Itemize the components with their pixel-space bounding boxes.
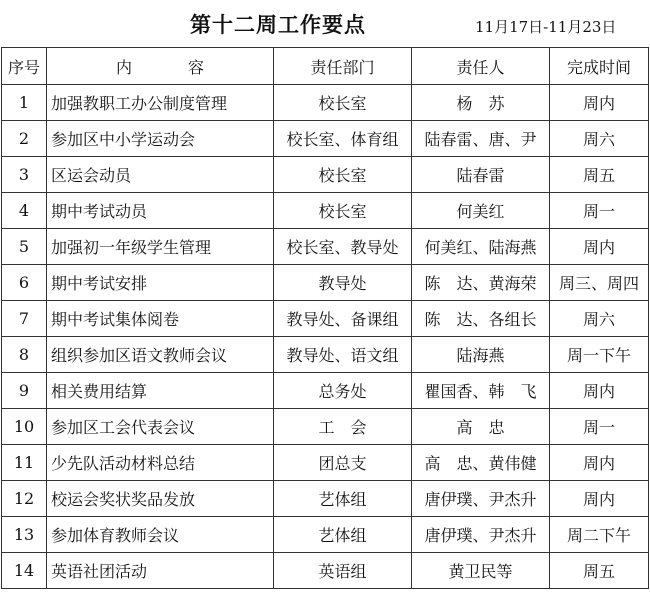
- cell-content: 区运会动员: [47, 157, 274, 193]
- cell-content: 参加区中小学运动会: [47, 121, 274, 157]
- cell-dept: 教导处、语文组: [274, 337, 412, 373]
- work-plan-table: 序号 内容 责任部门 责任人 完成时间 1 加强教职工办公制度管理 校长室 杨 …: [1, 47, 649, 589]
- cell-dept: 校长室: [274, 193, 412, 229]
- cell-content: 期中考试安排: [47, 265, 274, 301]
- cell-no: 14: [2, 553, 47, 589]
- cell-person: 何美红、陆海燕: [412, 229, 550, 265]
- table-row: 11 少先队活动材料总结 团总支 高 忠、黄伟健 周内: [2, 445, 649, 481]
- column-header-content: 内容: [47, 48, 274, 85]
- cell-content: 期中考试集体阅卷: [47, 301, 274, 337]
- cell-dept: 工 会: [274, 409, 412, 445]
- cell-no: 8: [2, 337, 47, 373]
- cell-time: 周内: [550, 85, 649, 121]
- cell-no: 1: [2, 85, 47, 121]
- cell-dept: 校长室: [274, 85, 412, 121]
- cell-time: 周五: [550, 157, 649, 193]
- cell-dept: 团总支: [274, 445, 412, 481]
- cell-dept: 教导处、备课组: [274, 301, 412, 337]
- cell-no: 13: [2, 517, 47, 553]
- cell-content: 参加区工会代表会议: [47, 409, 274, 445]
- table-header-row: 序号 内容 责任部门 责任人 完成时间: [2, 48, 649, 85]
- cell-dept: 校长室、教导处: [274, 229, 412, 265]
- table-row: 12 校运会奖状奖品发放 艺体组 唐伊璞、尹杰升 周内: [2, 481, 649, 517]
- cell-content: 少先队活动材料总结: [47, 445, 274, 481]
- cell-time: 周内: [550, 229, 649, 265]
- cell-time: 周三、周四: [550, 265, 649, 301]
- cell-time: 周六: [550, 121, 649, 157]
- column-header-content-left: 内: [116, 58, 132, 77]
- table-row: 9 相关费用结算 总务处 瞿国香、韩 飞 周内: [2, 373, 649, 409]
- cell-person: 陆春雷: [412, 157, 550, 193]
- table-body: 1 加强教职工办公制度管理 校长室 杨 苏 周内 2 参加区中小学运动会 校长室…: [2, 85, 649, 589]
- table-row: 7 期中考试集体阅卷 教导处、备课组 陈 达、各组长 周六: [2, 301, 649, 337]
- cell-time: 周五: [550, 553, 649, 589]
- cell-person: 陆春雷、唐、尹: [412, 121, 550, 157]
- cell-time: 周内: [550, 445, 649, 481]
- cell-person: 唐伊璞、尹杰升: [412, 481, 550, 517]
- cell-person: 陆海燕: [412, 337, 550, 373]
- table-row: 14 英语社团活动 英语组 黄卫民等 周五: [2, 553, 649, 589]
- cell-person: 高 忠: [412, 409, 550, 445]
- page-title: 第十二周工作要点: [190, 9, 366, 39]
- cell-time: 周内: [550, 481, 649, 517]
- cell-no: 3: [2, 157, 47, 193]
- cell-time: 周一: [550, 409, 649, 445]
- column-header-person: 责任人: [412, 48, 550, 85]
- column-header-no: 序号: [2, 48, 47, 85]
- cell-person: 杨 苏: [412, 85, 550, 121]
- column-header-time: 完成时间: [550, 48, 649, 85]
- column-header-dept: 责任部门: [274, 48, 412, 85]
- cell-dept: 英语组: [274, 553, 412, 589]
- cell-dept: 艺体组: [274, 481, 412, 517]
- cell-no: 12: [2, 481, 47, 517]
- cell-time: 周内: [550, 373, 649, 409]
- table-row: 8 组织参加区语文教师会议 教导处、语文组 陆海燕 周一下午: [2, 337, 649, 373]
- cell-no: 6: [2, 265, 47, 301]
- cell-no: 4: [2, 193, 47, 229]
- cell-person: 唐伊璞、尹杰升: [412, 517, 550, 553]
- table-row: 4 期中考试动员 校长室 何美红 周一: [2, 193, 649, 229]
- cell-content: 英语社团活动: [47, 553, 274, 589]
- cell-time: 周二下午: [550, 517, 649, 553]
- date-range: 11月17日-11月23日: [475, 16, 616, 37]
- cell-time: 周一下午: [550, 337, 649, 373]
- table-row: 3 区运会动员 校长室 陆春雷 周五: [2, 157, 649, 193]
- cell-no: 11: [2, 445, 47, 481]
- cell-person: 何美红: [412, 193, 550, 229]
- cell-content: 加强初一年级学生管理: [47, 229, 274, 265]
- table-row: 2 参加区中小学运动会 校长室、体育组 陆春雷、唐、尹 周六: [2, 121, 649, 157]
- table-row: 1 加强教职工办公制度管理 校长室 杨 苏 周内: [2, 85, 649, 121]
- cell-content: 加强教职工办公制度管理: [47, 85, 274, 121]
- table-row: 5 加强初一年级学生管理 校长室、教导处 何美红、陆海燕 周内: [2, 229, 649, 265]
- cell-time: 周一: [550, 193, 649, 229]
- cell-no: 10: [2, 409, 47, 445]
- cell-person: 黄卫民等: [412, 553, 550, 589]
- table-row: 6 期中考试安排 教导处 陈 达、黄海荣 周三、周四: [2, 265, 649, 301]
- cell-person: 高 忠、黄伟健: [412, 445, 550, 481]
- table-row: 10 参加区工会代表会议 工 会 高 忠 周一: [2, 409, 649, 445]
- cell-content: 期中考试动员: [47, 193, 274, 229]
- cell-content: 校运会奖状奖品发放: [47, 481, 274, 517]
- cell-dept: 艺体组: [274, 517, 412, 553]
- cell-dept: 总务处: [274, 373, 412, 409]
- cell-no: 9: [2, 373, 47, 409]
- cell-person: 陈 达、各组长: [412, 301, 550, 337]
- cell-person: 陈 达、黄海荣: [412, 265, 550, 301]
- title-bar: 第十二周工作要点 11月17日-11月23日: [0, 0, 650, 47]
- cell-no: 5: [2, 229, 47, 265]
- cell-content: 组织参加区语文教师会议: [47, 337, 274, 373]
- cell-no: 2: [2, 121, 47, 157]
- cell-no: 7: [2, 301, 47, 337]
- cell-content: 相关费用结算: [47, 373, 274, 409]
- cell-dept: 校长室、体育组: [274, 121, 412, 157]
- cell-content: 参加体育教师会议: [47, 517, 274, 553]
- table-row: 13 参加体育教师会议 艺体组 唐伊璞、尹杰升 周二下午: [2, 517, 649, 553]
- cell-time: 周六: [550, 301, 649, 337]
- column-header-content-right: 容: [188, 58, 204, 77]
- cell-dept: 教导处: [274, 265, 412, 301]
- cell-dept: 校长室: [274, 157, 412, 193]
- cell-person: 瞿国香、韩 飞: [412, 373, 550, 409]
